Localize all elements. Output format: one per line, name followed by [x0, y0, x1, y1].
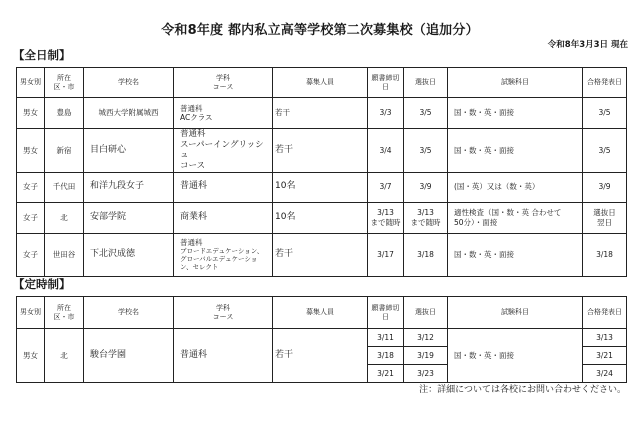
deadline: 3/11: [368, 329, 404, 347]
exam-date: 3/5: [404, 129, 448, 173]
location: 北: [45, 329, 84, 383]
col-result-date: 合格発表日: [583, 68, 627, 98]
deadline: 3/4: [368, 129, 404, 173]
quota: 若干: [273, 98, 368, 129]
quota: 若干: [273, 129, 368, 173]
quota: 10名: [273, 172, 368, 202]
location: 世田谷: [45, 233, 84, 276]
table-row: 女子 北 安部学院 商業科 10名 3/13 まで随時 3/13 まで随時 適性…: [17, 202, 627, 233]
quota: 若干: [273, 233, 368, 276]
col-location: 所在 区・市: [45, 297, 84, 329]
school-name: 駿台学園: [84, 329, 174, 383]
col-school: 学校名: [84, 297, 174, 329]
course: 普通科 スーパーイングリッシュ コース: [174, 129, 273, 173]
exam-date: 3/19: [404, 347, 448, 365]
result-date: 3/5: [583, 129, 627, 173]
location: 千代田: [45, 172, 84, 202]
school-name: 目白研心: [84, 129, 174, 173]
teiji-table: 男女別 所在 区・市 学校名 学科 コース 募集人員 願書締切日 選抜日 試験科…: [16, 296, 627, 383]
col-gender: 男女別: [17, 68, 45, 98]
result-date: 選抜日 翌日: [583, 202, 627, 233]
course: 普通科: [174, 329, 273, 383]
col-course: 学科 コース: [174, 297, 273, 329]
table-row: 女子 千代田 和洋九段女子 普通科 10名 3/7 3/9 (国・英）又は（数・…: [17, 172, 627, 202]
table-header-row: 男女別 所在 区・市 学校名 学科 コース 募集人員 願書締切日 選抜日 試験科…: [17, 297, 627, 329]
deadline: 3/7: [368, 172, 404, 202]
subjects: 国・数・英・面接: [448, 98, 583, 129]
subjects: 国・数・英・面接: [448, 329, 583, 383]
result-date: 3/13: [583, 329, 627, 347]
deadline: 3/13 まで随時: [368, 202, 404, 233]
col-quota: 募集人員: [273, 297, 368, 329]
exam-date: 3/9: [404, 172, 448, 202]
section-label-zennichi: 【全日制】: [13, 47, 71, 63]
col-exam-date: 選抜日: [404, 68, 448, 98]
course-sub: ブロードエデュケーション、 グローバルエデュケーショ ン、セレクト: [180, 247, 270, 271]
course: 普通科 ACクラス: [174, 98, 273, 129]
subjects: 国・数・英・面接: [448, 129, 583, 173]
exam-date: 3/18: [404, 233, 448, 276]
page-title: 令和8年度 都内私立高等学校第二次募集校（追加分）: [0, 19, 640, 38]
school-name: 安部学院: [84, 202, 174, 233]
location: 新宿: [45, 129, 84, 173]
exam-date: 3/13 まで随時: [404, 202, 448, 233]
quota: 10名: [273, 202, 368, 233]
col-quota: 募集人員: [273, 68, 368, 98]
col-exam-date: 選抜日: [404, 297, 448, 329]
footer-note: 注：詳細については各校にお問い合わせください。: [419, 382, 626, 395]
col-deadline: 願書締切日: [368, 68, 404, 98]
table-row: 男女 豊島 城西大学附属城西 普通科 ACクラス 若干 3/3 3/5 国・数・…: [17, 98, 627, 129]
gender: 男女: [17, 98, 45, 129]
quota: 若干: [273, 329, 368, 383]
result-date: 3/9: [583, 172, 627, 202]
col-subjects: 試験科目: [448, 68, 583, 98]
course: 普通科 ブロードエデュケーション、 グローバルエデュケーショ ン、セレクト: [174, 233, 273, 276]
school-name: 城西大学附属城西: [84, 98, 174, 129]
subjects: (国・英）又は（数・英）: [448, 172, 583, 202]
location: 豊島: [45, 98, 84, 129]
table-row: 女子 世田谷 下北沢成徳 普通科 ブロードエデュケーション、 グローバルエデュケ…: [17, 233, 627, 276]
as-of-date: 令和8年3月3日 現在: [548, 38, 628, 50]
course: 普通科: [174, 172, 273, 202]
result-date: 3/5: [583, 98, 627, 129]
deadline: 3/17: [368, 233, 404, 276]
exam-date: 3/12: [404, 329, 448, 347]
col-course: 学科 コース: [174, 68, 273, 98]
table-row: 男女 新宿 目白研心 普通科 スーパーイングリッシュ コース 若干 3/4 3/…: [17, 129, 627, 173]
result-date: 3/24: [583, 365, 627, 383]
gender: 女子: [17, 202, 45, 233]
course-main: 普通科: [180, 238, 270, 247]
subjects: 適性検査（国・数・英 合わせて 50分）・面接: [448, 202, 583, 233]
result-date: 3/21: [583, 347, 627, 365]
zennichi-table: 男女別 所在 区・市 学校名 学科 コース 募集人員 願書締切日 選抜日 試験科…: [16, 67, 627, 277]
col-school: 学校名: [84, 68, 174, 98]
table-row: 男女 北 駿台学園 普通科 若干 3/11 3/12 国・数・英・面接 3/13: [17, 329, 627, 347]
col-subjects: 試験科目: [448, 297, 583, 329]
deadline: 3/3: [368, 98, 404, 129]
col-location: 所在 区・市: [45, 68, 84, 98]
gender: 女子: [17, 172, 45, 202]
gender: 男女: [17, 329, 45, 383]
deadline: 3/21: [368, 365, 404, 383]
exam-date: 3/23: [404, 365, 448, 383]
school-name: 下北沢成徳: [84, 233, 174, 276]
col-deadline: 願書締切日: [368, 297, 404, 329]
subjects: 国・数・英・面接: [448, 233, 583, 276]
course: 商業科: [174, 202, 273, 233]
gender: 男女: [17, 129, 45, 173]
deadline: 3/18: [368, 347, 404, 365]
section-label-teiji: 【定時制】: [13, 276, 71, 292]
gender: 女子: [17, 233, 45, 276]
school-name: 和洋九段女子: [84, 172, 174, 202]
result-date: 3/18: [583, 233, 627, 276]
exam-date: 3/5: [404, 98, 448, 129]
col-result-date: 合格発表日: [583, 297, 627, 329]
col-gender: 男女別: [17, 297, 45, 329]
table-header-row: 男女別 所在 区・市 学校名 学科 コース 募集人員 願書締切日 選抜日 試験科…: [17, 68, 627, 98]
location: 北: [45, 202, 84, 233]
